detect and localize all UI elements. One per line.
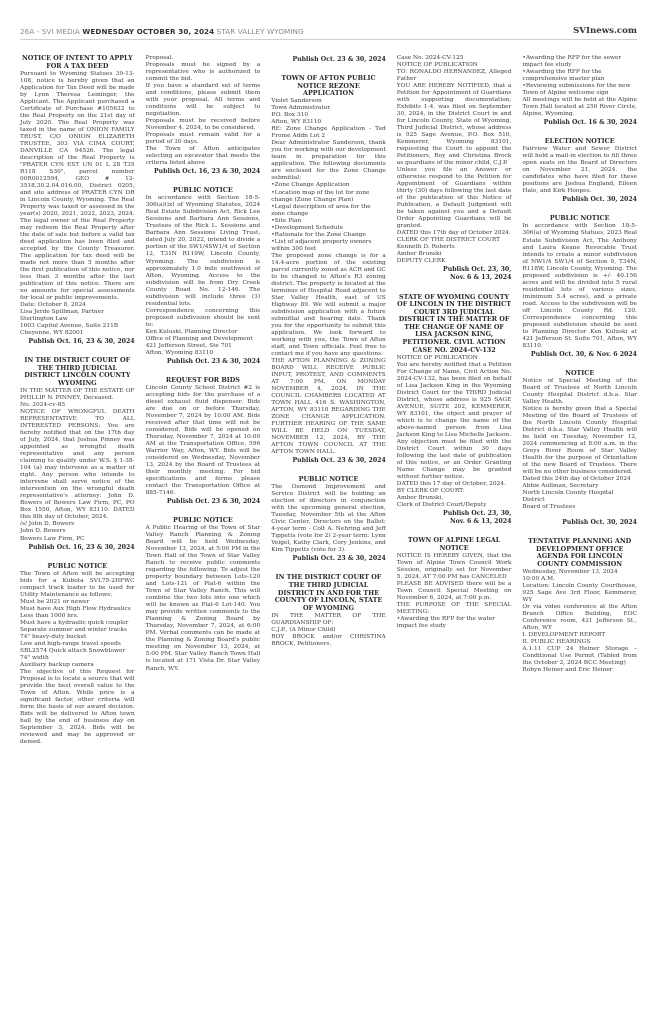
notice-osmond-election: PUBLIC NOTICE The Osmond Improvement and… [271,476,386,562]
publisher-name: SVI MEDIA [42,27,80,36]
notice-kubota-bids-continued: Proposal. Proposals must be signed by a … [146,55,261,175]
publish-dates: Publish Oct. 23, 30, [397,510,512,517]
publish-dates: Publish Oct. 16, 23 & 30, 2024 [20,338,135,345]
case-number: No. 2024-cv-85 [20,402,135,409]
notice-title: NOTICE [522,370,637,378]
site-link[interactable]: SVInews.com [573,26,637,36]
notice-svr-public-hearing: PUBLIC NOTICE A Public Hearing of the To… [146,517,261,672]
notice-title: PUBLIC NOTICE [271,476,386,484]
column-5: Awarding the RFP for the sewer impact fe… [522,55,637,758]
notice-title: REQUEST FOR BIDS [146,377,261,385]
notice-alpine-legal-continued: Awarding the RFP for the sewer impact fe… [522,55,637,126]
publish-dates: Publish Oct. 16, 23 & 30, 2024 [20,544,135,551]
publish-dates: Publish Oct. 23 & 30, 2024 [271,457,386,464]
notice-brock-guardianship-continued: Case No. 2024-CV-125 NOTICE OF PUBLICATI… [397,55,512,282]
notice-king-name-change: STATE OF WYOMING COUNTY OF LINCOLN IN TH… [397,294,512,526]
notice-tax-deed: NOTICE OF INTENT TO APPLY FOR A TAX DEED… [20,55,135,345]
notice-brock-guardianship: IN THE DISTRICT COURT OF THE THIRD JUDIC… [271,574,386,648]
issue-date: OCTOBER 30, 2024 [137,27,215,36]
publish-dates: Publish Oct. 23 & 30, 2024 [271,56,386,63]
notice-alpine-legal: TOWN OF ALPINE LEGAL NOTICE NOTICE IS HE… [397,537,512,630]
notice-title: PUBLIC NOTICE [146,517,261,525]
notice-title: NOTICE OF INTENT TO APPLY FOR A TAX DEED [20,55,135,70]
notice-request-for-bids: REQUEST FOR BIDS Lincoln County School D… [146,377,261,505]
notice-keane-subdivision: PUBLIC NOTICE In accordance with Section… [522,215,637,357]
notice-title: PUBLIC NOTICE [20,563,135,571]
column-1: NOTICE OF INTENT TO APPLY FOR A TAX DEED… [20,55,135,758]
region-name: STAR VALLEY WYOMING [217,27,304,36]
publish-dates: Publish Oct. 23 & 30, 2024 [146,358,261,365]
page-masthead: 26A - SVI MEDIA WEDNESDAY OCTOBER 30, 20… [20,20,637,40]
notice-title: IN THE DISTRICT COURT OF THE THIRD JUDIC… [271,574,386,612]
notice-body: Pursuant to Wyoming Statues 39-13-108, n… [20,71,135,303]
case-number: Case No. 2024-CV-125 [397,55,512,62]
column-4: Case No. 2024-CV-125 NOTICE OF PUBLICATI… [397,55,512,758]
notice-title: TOWN OF ALPINE LEGAL NOTICE [397,537,512,552]
publish-dates: Publish Oct. 16, 23 & 30, 2024 [146,168,261,175]
masthead-dateline: 26A - SVI MEDIA WEDNESDAY OCTOBER 30, 20… [20,27,304,36]
notice-commission-agenda: TENTATIVE PLANNING AND DEVELOPMENT OFFIC… [522,538,637,674]
notice-pinney-estate: IN THE DISTRICT COURT OF THE THIRD JUDIC… [20,357,135,550]
publish-dates: Publish Oct. 30, & Nov. 6 2024 [522,351,637,358]
notice-title: STATE OF WYOMING COUNTY OF LINCOLN IN TH… [397,294,512,355]
weekday: WEDNESDAY [82,27,134,36]
notice-title: IN THE DISTRICT COURT OF THE THIRD JUDIC… [20,357,135,387]
notice-fairview-election: ELECTION NOTICE Fairview Water and Sewer… [522,138,637,203]
publish-dates: Publish Oct. 16 & 30, 2024 [522,119,637,126]
page-number: 26A [20,27,34,36]
column-3: Publish Oct. 23 & 30, 2024 TOWN OF AFTON… [271,55,386,758]
notice-title: TOWN OF AFTON PUBLIC NOTICE REZONE APPLI… [271,75,386,98]
notice-title: PUBLIC NOTICE [522,215,637,223]
notice-sessions-subdivision: PUBLIC NOTICE In accordance with Section… [146,187,261,364]
publish-dates: Publish Oct. 23 & 30, 2024 [146,498,261,505]
column-2: Proposal. Proposals must be signed by a … [146,55,261,758]
notice-title: TENTATIVE PLANNING AND DEVELOPMENT OFFIC… [522,538,637,568]
notice-svr-public-hearing-continued: Publish Oct. 23 & 30, 2024 [271,56,386,63]
notice-title: ELECTION NOTICE [522,138,637,146]
notice-hospital-meeting: NOTICE Notice of Special Meeting of the … [522,370,637,526]
notice-title: PUBLIC NOTICE [146,187,261,195]
notice-kubota-bids: PUBLIC NOTICE The Town of Afton will be … [20,563,135,746]
publish-dates: Publish Oct. 23, 30, [397,266,512,273]
notice-afton-rezone: TOWN OF AFTON PUBLIC NOTICE REZONE APPLI… [271,75,386,464]
publish-dates: Publish Oct. 30, 2024 [522,519,637,526]
publish-dates: Publish Oct. 23 & 30, 2024 [271,555,386,562]
legal-notices-columns: NOTICE OF INTENT TO APPLY FOR A TAX DEED… [20,55,637,758]
publish-dates: Publish Oct. 30, 2024 [522,196,637,203]
